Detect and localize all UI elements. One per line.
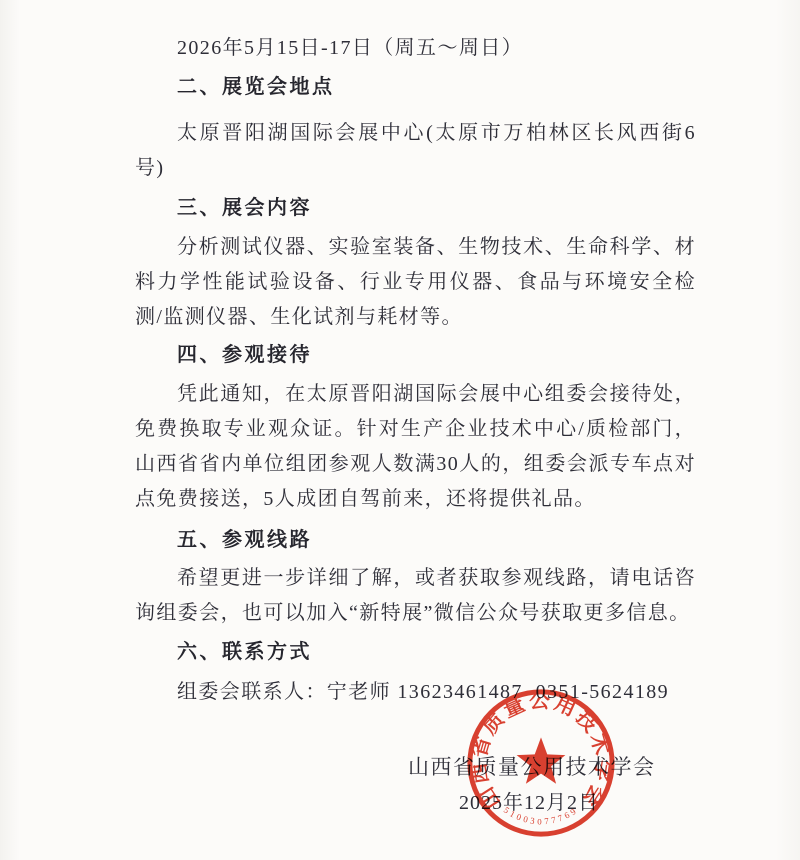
- exhibition-date-line: 2026年5月15日-17日（周五～周日）: [135, 31, 696, 66]
- seal-star-icon: [517, 737, 566, 783]
- seal-serial-textpath: 51003077769: [502, 805, 580, 827]
- section-heading-reception: 四、参观接待: [177, 338, 696, 373]
- section-body-location: 太原晋阳湖国际会展中心(太原市万柏林区长风西街6号): [135, 116, 696, 186]
- official-seal-stamp-icon: 山西省质量公用技术学会 51003077769: [462, 684, 620, 842]
- notice-body: 2026年5月15日-17日（周五～周日） 二、展览会地点 太原晋阳湖国际会展中…: [135, 0, 696, 710]
- document-page: 2026年5月15日-17日（周五～周日） 二、展览会地点 太原晋阳湖国际会展中…: [0, 0, 800, 860]
- section-heading-contact: 六、联系方式: [177, 635, 696, 670]
- seal-serial-number: 51003077769: [502, 805, 580, 827]
- section-heading-route: 五、参观线路: [177, 523, 696, 558]
- section-heading-location: 二、展览会地点: [177, 70, 696, 105]
- section-heading-content: 三、展会内容: [177, 191, 696, 226]
- section-body-content: 分析测试仪器、实验室装备、生物技术、生命科学、材料力学性能试验设备、行业专用仪器…: [135, 230, 696, 335]
- section-body-route: 希望更进一步详细了解，或者获取参观线路，请电话咨询组委会，也可以加入“新特展”微…: [135, 561, 696, 631]
- section-body-reception: 凭此通知，在太原晋阳湖国际会展中心组委会接待处，免费换取专业观众证。针对生产企业…: [135, 377, 696, 517]
